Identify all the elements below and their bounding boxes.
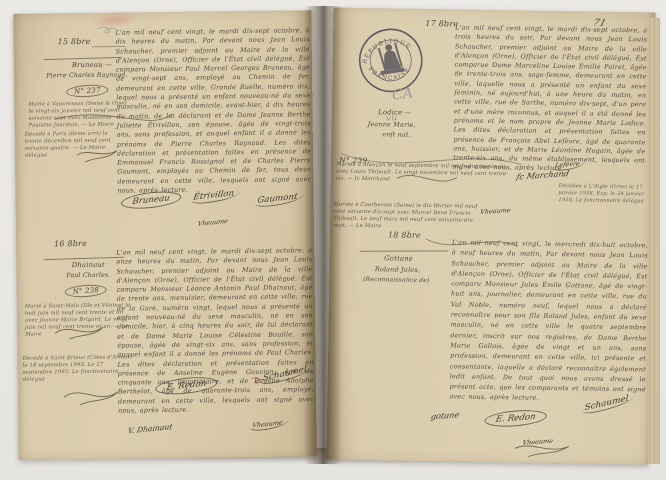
register-page-left: 15 8bre Bruneau — Pierre Charles Raynaud… bbox=[13, 10, 316, 460]
faded-red-stamp bbox=[91, 10, 138, 30]
officer-signature-flourish bbox=[515, 445, 569, 457]
margin-date: 15 8bre bbox=[58, 37, 91, 46]
margin-signature-squiggle bbox=[64, 392, 118, 406]
signature: gotane bbox=[430, 410, 460, 421]
death-margin-note: Décédé à Paris (8ème arrt) le trente déc… bbox=[25, 130, 127, 159]
register-page-right: 71 RÉPUBLIQUE FRANÇAISE bbox=[326, 7, 655, 464]
margin-divider bbox=[360, 251, 448, 252]
margin-name: enft nat. bbox=[364, 131, 430, 139]
act-body-text: L'an mil neuf cent vingt, le mardi dix-s… bbox=[115, 26, 311, 190]
margin-date: 18 8bre bbox=[388, 230, 421, 240]
scanned-register-spread: 15 8bre Bruneau — Pierre Charles Raynaud… bbox=[0, 0, 666, 480]
margin-name: Roland Jules, bbox=[351, 265, 443, 274]
act-number: N° 238 bbox=[64, 284, 107, 299]
act-body-text: L'an mil neuf cent vingt, le mercredi di… bbox=[449, 237, 648, 412]
signature: E. Redon bbox=[483, 408, 548, 428]
marriage-margin-note: Mariée à Alençon le neuf septembre mil n… bbox=[336, 162, 514, 186]
act-number: N° 237 bbox=[66, 84, 109, 99]
signature: Étrivillon bbox=[190, 188, 241, 205]
margin-date: 17 8bre bbox=[425, 19, 458, 29]
signature: V. Dhainaut bbox=[127, 422, 173, 435]
death-margin-note: Décédée à L'Aigle (Orne) le 17 janvier 1… bbox=[559, 183, 645, 205]
marriage-margin-note: Marié à Vaucresson (Seine & Oise) le vin… bbox=[28, 100, 128, 129]
signature: Gaumont bbox=[254, 191, 304, 208]
underlying-page-edges bbox=[648, 18, 660, 464]
margin-divider bbox=[44, 57, 122, 60]
officer-signature: Vheaume bbox=[249, 419, 289, 432]
pencil-mark: vu bbox=[385, 112, 397, 124]
death-margin-note: Décédé à Saint-Brieuc (Côtes d'Armor) le… bbox=[22, 354, 132, 383]
officer-signature: Vheaume bbox=[522, 438, 554, 447]
margin-name: Gottane bbox=[364, 254, 434, 263]
margin-date: 16 8bre bbox=[54, 239, 87, 248]
margin-name: (Reconnaissance de) bbox=[335, 276, 457, 285]
pencil-mark: CA bbox=[391, 85, 414, 103]
officer-signature: Vheaume bbox=[197, 218, 228, 228]
marriage-margin-note: Mariée à Courbevoie (Seine) le dix févri… bbox=[333, 202, 483, 232]
officer-signature: Vheaume bbox=[479, 207, 511, 216]
act-body-text: L'an mil neuf cent vingt, le mardi dix-s… bbox=[453, 23, 647, 158]
